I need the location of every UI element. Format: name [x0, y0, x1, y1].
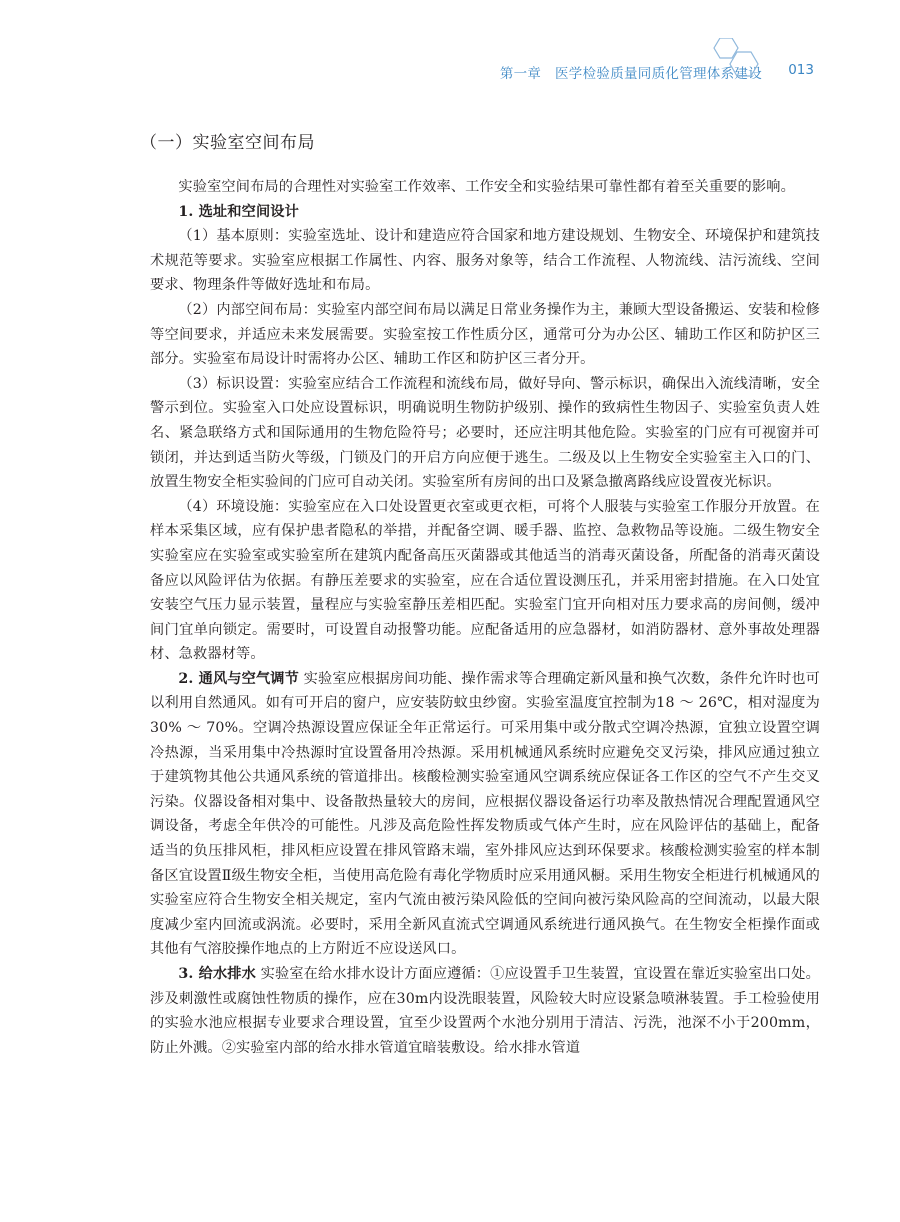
subsection-heading-1: 1. 选址和空间设计: [150, 200, 820, 225]
hexagon-decoration-icon: [708, 38, 768, 90]
chapter-label: 第一章: [500, 66, 541, 82]
section-title: （一）实验室空间布局: [140, 128, 820, 153]
page-body: （一）实验室空间布局 实验室空间布局的合理性对实验室工作效率、工作安全和实验结果…: [150, 128, 820, 1060]
running-header: 第一章 医学检验质量同质化管理体系建设 013: [0, 56, 900, 86]
ventilation-body: 实验室应根据房间功能、操作需求等合理确定新风量和换气次数，条件允许时也可以利用自…: [150, 671, 820, 958]
paragraph-internal-layout: （2）内部空间布局：实验室内部空间布局以满足日常业务操作为主，兼顾大型设备搬运、…: [150, 298, 820, 372]
paragraph-signage: （3）标识设置：实验室应结合工作流程和流线布局，做好导向、警示标识，确保出入流线…: [150, 372, 820, 495]
paragraph-basic-principles: （1）基本原则：实验室选址、设计和建造应符合国家和地方建设规划、生物安全、环境保…: [150, 224, 820, 298]
intro-paragraph: 实验室空间布局的合理性对实验室工作效率、工作安全和实验结果可靠性都有着至关重要的…: [150, 175, 820, 200]
subsection-heading-3: 3. 给水排水: [178, 966, 256, 982]
subsection-heading-2: 2. 通风与空气调节: [178, 671, 299, 687]
paragraph-ventilation: 2. 通风与空气调节 实验室应根据房间功能、操作需求等合理确定新风量和换气次数，…: [150, 667, 820, 962]
paragraph-water: 3. 给水排水 实验室在给水排水设计方面应遵循：①应设置手卫生装置，宜设置在靠近…: [150, 962, 820, 1060]
paragraph-environment: （4）环境设施：实验室应在入口处设置更衣室或更衣柜，可将个人服装与实验室工作服分…: [150, 495, 820, 667]
page-number: 013: [788, 62, 814, 78]
